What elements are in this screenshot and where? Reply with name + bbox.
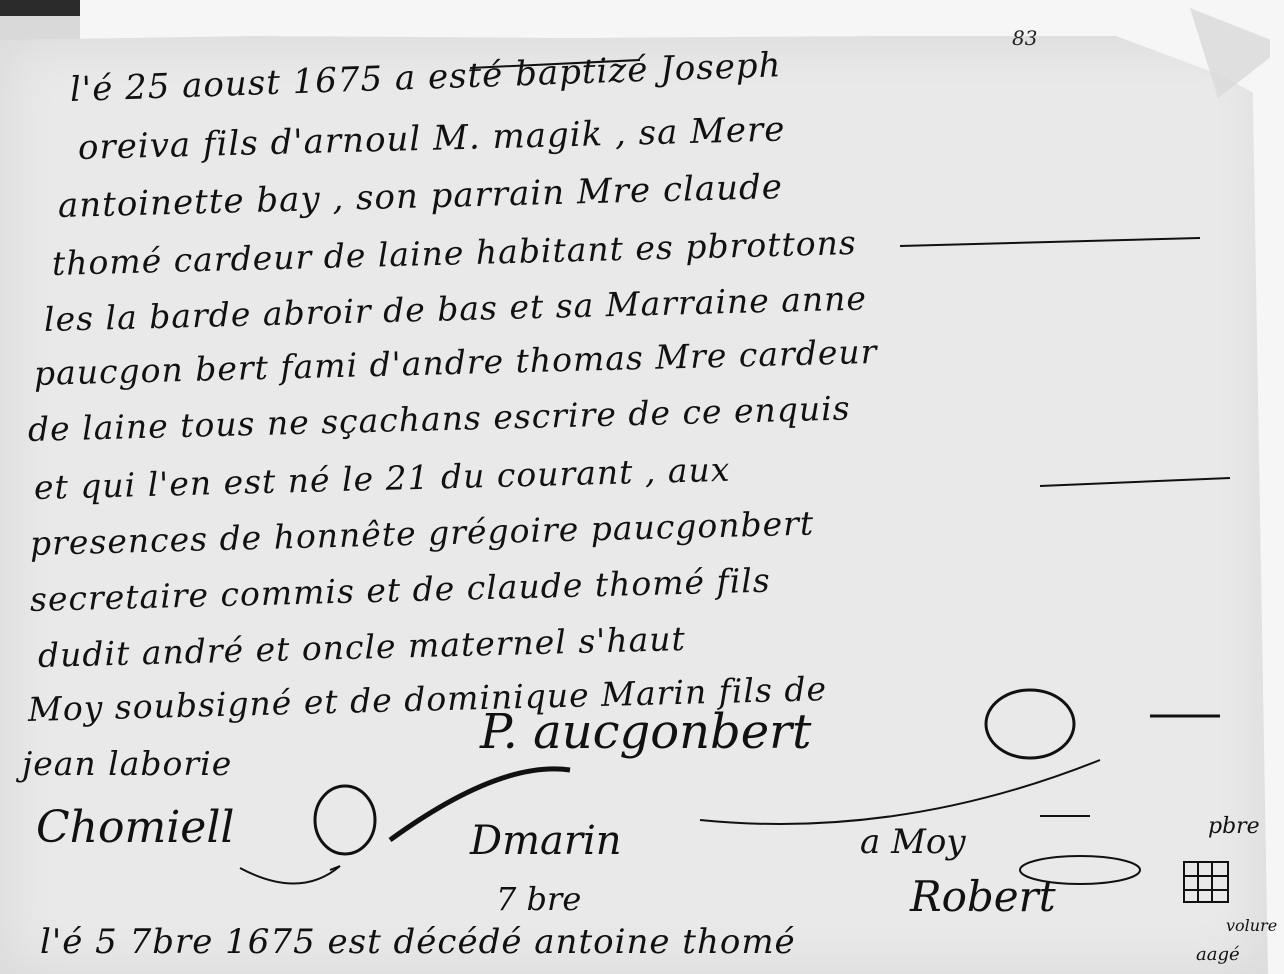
next-entry-margin-note-2: aagé bbox=[1196, 944, 1240, 965]
signature-priest-name: Robert bbox=[910, 872, 1056, 921]
signature-priest-note: a Moy bbox=[860, 822, 966, 862]
page-number: 83 bbox=[1012, 26, 1037, 50]
signature-witness-1: Chomiell bbox=[36, 802, 234, 853]
scanner-edge bbox=[0, 0, 80, 16]
entry-line-13: jean laborie bbox=[22, 744, 232, 783]
signature-officiant: P. aucgonbert bbox=[480, 704, 811, 760]
signature-priest-title: pbre bbox=[1208, 814, 1260, 839]
next-entry-margin-note: volure bbox=[1226, 916, 1277, 935]
next-entry-month: 7 bre bbox=[496, 880, 581, 918]
signature-witness-2: Dmarin bbox=[470, 818, 622, 864]
next-entry-line: l'é 5 7bre 1675 est décédé antoine thomé bbox=[40, 922, 796, 962]
